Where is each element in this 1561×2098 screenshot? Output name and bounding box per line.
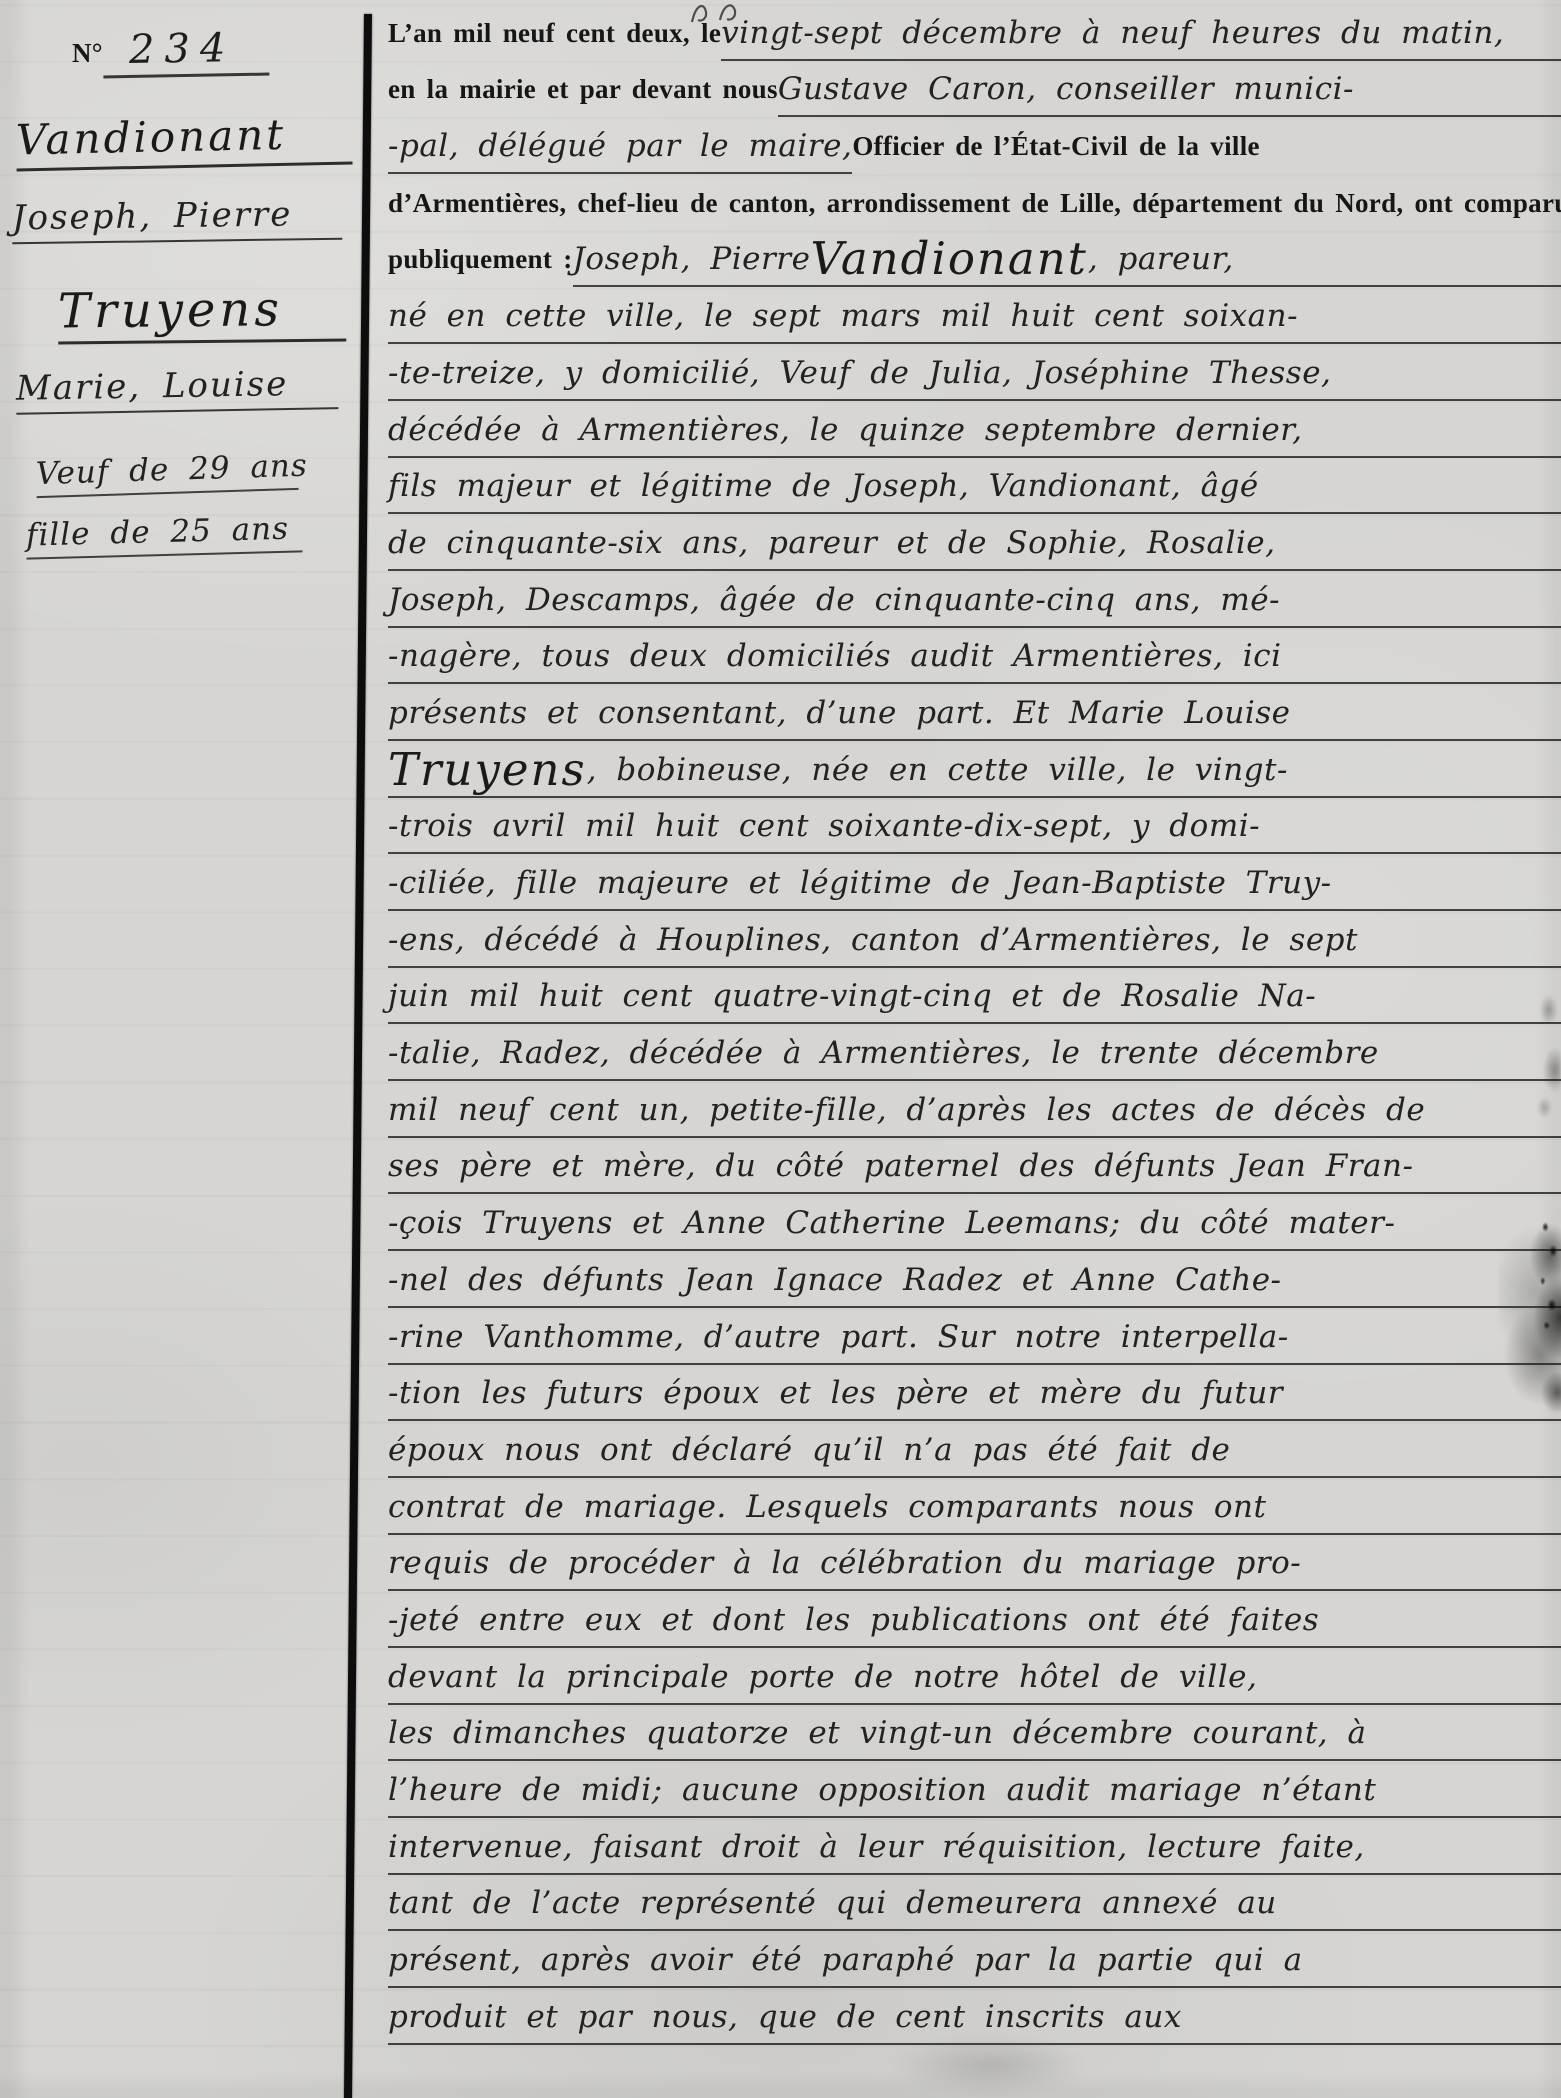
handwritten-text: -rine Vanthomme, d’autre part. Sur notre… <box>388 1311 1561 1365</box>
record-number-line: N°234 <box>72 26 269 77</box>
handwritten-text: intervenue, faisant droit à leur réquisi… <box>388 1821 1561 1875</box>
act-line: -te-treize, y domicilié, Veuf de Julia, … <box>388 344 1561 401</box>
act-line: -trois avril mil huit cent soixante-dix-… <box>388 798 1561 855</box>
act-line: -talie, Radez, décédée à Armentières, le… <box>388 1024 1561 1081</box>
handwritten-text: fils majeur et légitime de Joseph, Vandi… <box>388 460 1561 514</box>
margin-bride-surname: Truyens <box>58 280 347 344</box>
handwritten-text: , bobineuse, née en cette ville, le ving… <box>587 744 1561 798</box>
act-line: -nagère, tous deux domiciliés audit Arme… <box>388 628 1561 685</box>
handwritten-text: -nel des défunts Jean Ignace Radez et An… <box>388 1254 1561 1308</box>
act-line: Joseph, Descamps, âgée de cinquante-cinq… <box>388 571 1561 628</box>
margin-groom-age-note: Veuf de 29 ans <box>35 448 298 498</box>
act-line: d’Armentières, chef-lieu de canton, arro… <box>388 174 1561 231</box>
act-line: présents et consentant, d’une part. Et M… <box>388 684 1561 741</box>
act-body: L’an mil neuf cent deux, le vingt-sept d… <box>388 4 1561 2045</box>
act-line: -tion les futurs époux et les père et mè… <box>388 1365 1561 1422</box>
handwritten-text: présent, après avoir été paraphé par la … <box>388 1934 1561 1988</box>
act-line: -ens, décédé à Houplines, canton d’Armen… <box>388 911 1561 968</box>
printed-text: L’an mil neuf cent deux, le <box>388 7 721 61</box>
handwritten-text: -tion les futurs époux et les père et mè… <box>388 1367 1561 1421</box>
act-line: contrat de mariage. Lesquels comparants … <box>388 1478 1561 1535</box>
act-line: de cinquante-six ans, pareur et de Sophi… <box>388 514 1561 571</box>
margin-bride-given-names: Marie, Louise <box>16 363 339 415</box>
act-line: -jeté entre eux et dont les publications… <box>388 1591 1561 1648</box>
handwritten-text: décédée à Armentières, le quinze septemb… <box>388 404 1561 458</box>
act-line: L’an mil neuf cent deux, le vingt-sept d… <box>388 4 1561 61</box>
act-line: ses père et mère, du côté paternel des d… <box>388 1138 1561 1195</box>
act-line: juin mil huit cent quatre-vingt-cinq et … <box>388 968 1561 1025</box>
act-line: produit et par nous, que de cent inscrit… <box>388 1988 1561 2045</box>
record-number: 234 <box>102 25 269 79</box>
handwritten-text: présents et consentant, d’une part. Et M… <box>388 687 1561 741</box>
act-line: -nel des défunts Jean Ignace Radez et An… <box>388 1251 1561 1308</box>
handwritten-text: contrat de mariage. Lesquels comparants … <box>388 1481 1561 1535</box>
act-line: -çois Truyens et Anne Catherine Leemans;… <box>388 1194 1561 1251</box>
handwritten-text: l’heure de midi; aucune opposition audit… <box>388 1764 1561 1818</box>
handwritten-text: requis de procéder à la célébration du m… <box>388 1537 1561 1591</box>
printed-text: publiquement : <box>388 233 573 287</box>
handwritten-text: -ens, décédé à Houplines, canton d’Armen… <box>388 914 1561 968</box>
handwritten-text: ses père et mère, du côté paternel des d… <box>388 1140 1561 1194</box>
handwritten-text: mil neuf cent un, petite-fille, d’après … <box>388 1084 1561 1138</box>
act-line: devant la principale porte de notre hôte… <box>388 1648 1561 1705</box>
act-line: l’heure de midi; aucune opposition audit… <box>388 1761 1561 1818</box>
act-line: décédée à Armentières, le quinze septemb… <box>388 401 1561 458</box>
handwritten-text: -trois avril mil huit cent soixante-dix-… <box>388 800 1561 854</box>
act-line: fils majeur et légitime de Joseph, Vandi… <box>388 458 1561 515</box>
register-page: N°234 Vandionant Joseph, Pierre Truyens … <box>0 0 1561 2098</box>
margin-bride-age-note: fille de 25 ans <box>25 510 302 559</box>
margin-groom-given-names: Joseph, Pierre <box>12 194 343 245</box>
handwritten-text: époux nous ont déclaré qu’il n’a pas été… <box>388 1424 1561 1478</box>
margin-column: N°234 Vandionant Joseph, Pierre Truyens … <box>0 0 360 2098</box>
handwritten-text: Vandionant <box>810 233 1087 287</box>
handwritten-text: vingt-sept décembre à neuf heures du mat… <box>721 7 1561 61</box>
handwritten-text: de cinquante-six ans, pareur et de Sophi… <box>388 517 1561 571</box>
record-number-label: N° <box>72 38 103 68</box>
handwritten-text: les dimanches quatorze et vingt-un décem… <box>388 1707 1561 1761</box>
handwritten-text: Truyens <box>388 744 587 798</box>
handwritten-text: produit et par nous, que de cent inscrit… <box>388 1991 1561 2045</box>
printed-text: en la mairie et par devant nous <box>388 63 778 117</box>
act-line: né en cette ville, le sept mars mil huit… <box>388 287 1561 344</box>
act-line: -ciliée, fille majeure et légitime de Je… <box>388 854 1561 911</box>
handwritten-text: -nagère, tous deux domiciliés audit Arme… <box>388 630 1561 684</box>
handwritten-text: -jeté entre eux et dont les publications… <box>388 1594 1561 1648</box>
margin-groom-surname: Vandionant <box>15 108 352 171</box>
handwritten-text: -te-treize, y domicilié, Veuf de Julia, … <box>388 347 1561 401</box>
handwritten-text: -pal, délégué par le maire, <box>388 120 852 174</box>
handwritten-text: Gustave Caron, conseiller munici- <box>778 63 1561 117</box>
handwritten-text: juin mil huit cent quatre-vingt-cinq et … <box>388 970 1561 1024</box>
act-line: mil neuf cent un, petite-fille, d’après … <box>388 1081 1561 1138</box>
act-line: les dimanches quatorze et vingt-un décem… <box>388 1705 1561 1762</box>
act-line: publiquement : Joseph, Pierre Vandionant… <box>388 231 1561 288</box>
act-line: tant de l’acte représenté qui demeurera … <box>388 1875 1561 1932</box>
handwritten-text: -çois Truyens et Anne Catherine Leemans;… <box>388 1197 1561 1251</box>
act-line: -rine Vanthomme, d’autre part. Sur notre… <box>388 1308 1561 1365</box>
act-line: présent, après avoir été paraphé par la … <box>388 1931 1561 1988</box>
handwritten-text: -talie, Radez, décédée à Armentières, le… <box>388 1027 1561 1081</box>
act-line: requis de procéder à la célébration du m… <box>388 1535 1561 1592</box>
handwritten-text: , pareur, <box>1088 233 1561 287</box>
act-line: époux nous ont déclaré qu’il n’a pas été… <box>388 1421 1561 1478</box>
act-line: en la mairie et par devant nous Gustave … <box>388 61 1561 118</box>
act-line: intervenue, faisant droit à leur réquisi… <box>388 1818 1561 1875</box>
handwritten-text: Joseph, Descamps, âgée de cinquante-cinq… <box>388 574 1561 628</box>
printed-text: Officier de l’État-Civil de la ville <box>852 120 1259 174</box>
handwritten-text: Joseph, Pierre <box>573 233 811 287</box>
act-line: Truyens, bobineuse, née en cette ville, … <box>388 741 1561 798</box>
handwritten-text: -ciliée, fille majeure et légitime de Je… <box>388 857 1561 911</box>
handwritten-text: né en cette ville, le sept mars mil huit… <box>388 290 1561 344</box>
handwritten-text: tant de l’acte représenté qui demeurera … <box>388 1877 1561 1931</box>
handwritten-text: devant la principale porte de notre hôte… <box>388 1651 1561 1705</box>
printed-text: d’Armentières, chef-lieu de canton, arro… <box>388 177 1561 231</box>
act-line: -pal, délégué par le maire, Officier de … <box>388 117 1561 174</box>
